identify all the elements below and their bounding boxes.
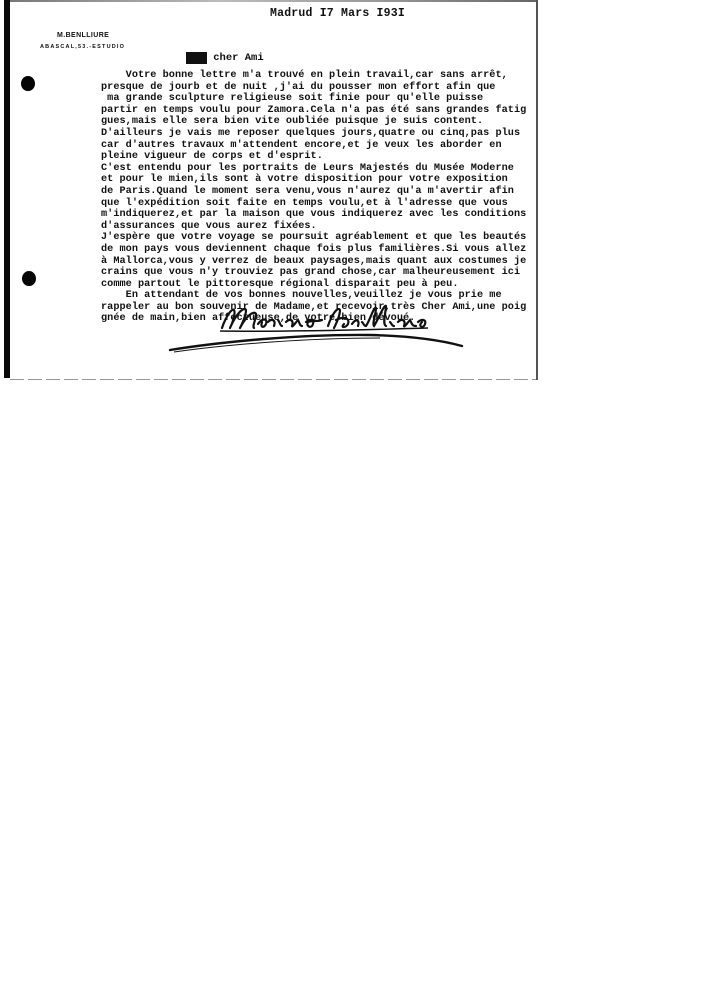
letter-line: comme partout le pittoresque régional di… (101, 279, 541, 291)
salutation: Mon cher Ami (186, 52, 264, 64)
letter-line: ma grande sculpture religieuse soit fini… (101, 93, 541, 105)
struck-out-word: Mon (186, 52, 207, 64)
letter-line: de Paris.Quand le moment sera venu,vous … (101, 186, 541, 198)
letter-line: D'ailleurs je vais me reposer quelques j… (101, 128, 541, 140)
letter-line: et pour le mien,ils sont à votre disposi… (101, 174, 541, 186)
scan-top-edge (10, 0, 537, 2)
letter-body: Votre bonne lettre m'a trouvé en plein t… (101, 70, 541, 325)
letter-line: que l'expédition soit faite en temps vou… (101, 198, 541, 210)
letter-line: J'espère que votre voyage se poursuit ag… (101, 232, 541, 244)
letter-line: m'indiquerez,et par la maison que vous i… (101, 209, 541, 221)
letter-line: gues,mais elle sera bien vite oubliée pu… (101, 116, 541, 128)
letter-line: partir en temps voulu pour Zamora.Cela n… (101, 105, 541, 117)
letter-line: crains que vous n'y trouviez pas grand c… (101, 267, 541, 279)
letter-line: pleine vigueur de corps et d'esprit. (101, 151, 541, 163)
letter-line: Votre bonne lettre m'a trouvé en plein t… (101, 70, 541, 82)
letter-line: presque de jourb et de nuit ,j'ai du pou… (101, 82, 541, 94)
letter-line: C'est entendu pour les portraits de Leur… (101, 163, 541, 175)
letter-line: car d'autres travaux m'attendent encore,… (101, 140, 541, 152)
scan-bottom-edge (10, 379, 536, 380)
punch-hole-icon (21, 76, 35, 91)
letter-line: d'assurances que vous aurez fixées. (101, 221, 541, 233)
letter-line: à Mallorca,vous y verrez de beaux paysag… (101, 256, 541, 268)
letter-line: de mon pays vous deviennent chaque fois … (101, 244, 541, 256)
punch-hole-icon (22, 271, 36, 286)
letterhead-address: ABASCAL,53.-ESTUDIO (40, 44, 125, 50)
scan-left-edge-bar (4, 0, 10, 378)
date-line: Madrud I7 Mars I93I (270, 7, 405, 20)
salutation-text: cher Ami (213, 52, 263, 64)
page: Madrud I7 Mars I93I M.BENLLIURE ABASCAL,… (0, 0, 720, 1000)
signature (160, 298, 480, 358)
letterhead-name: M.BENLLIURE (57, 32, 109, 39)
